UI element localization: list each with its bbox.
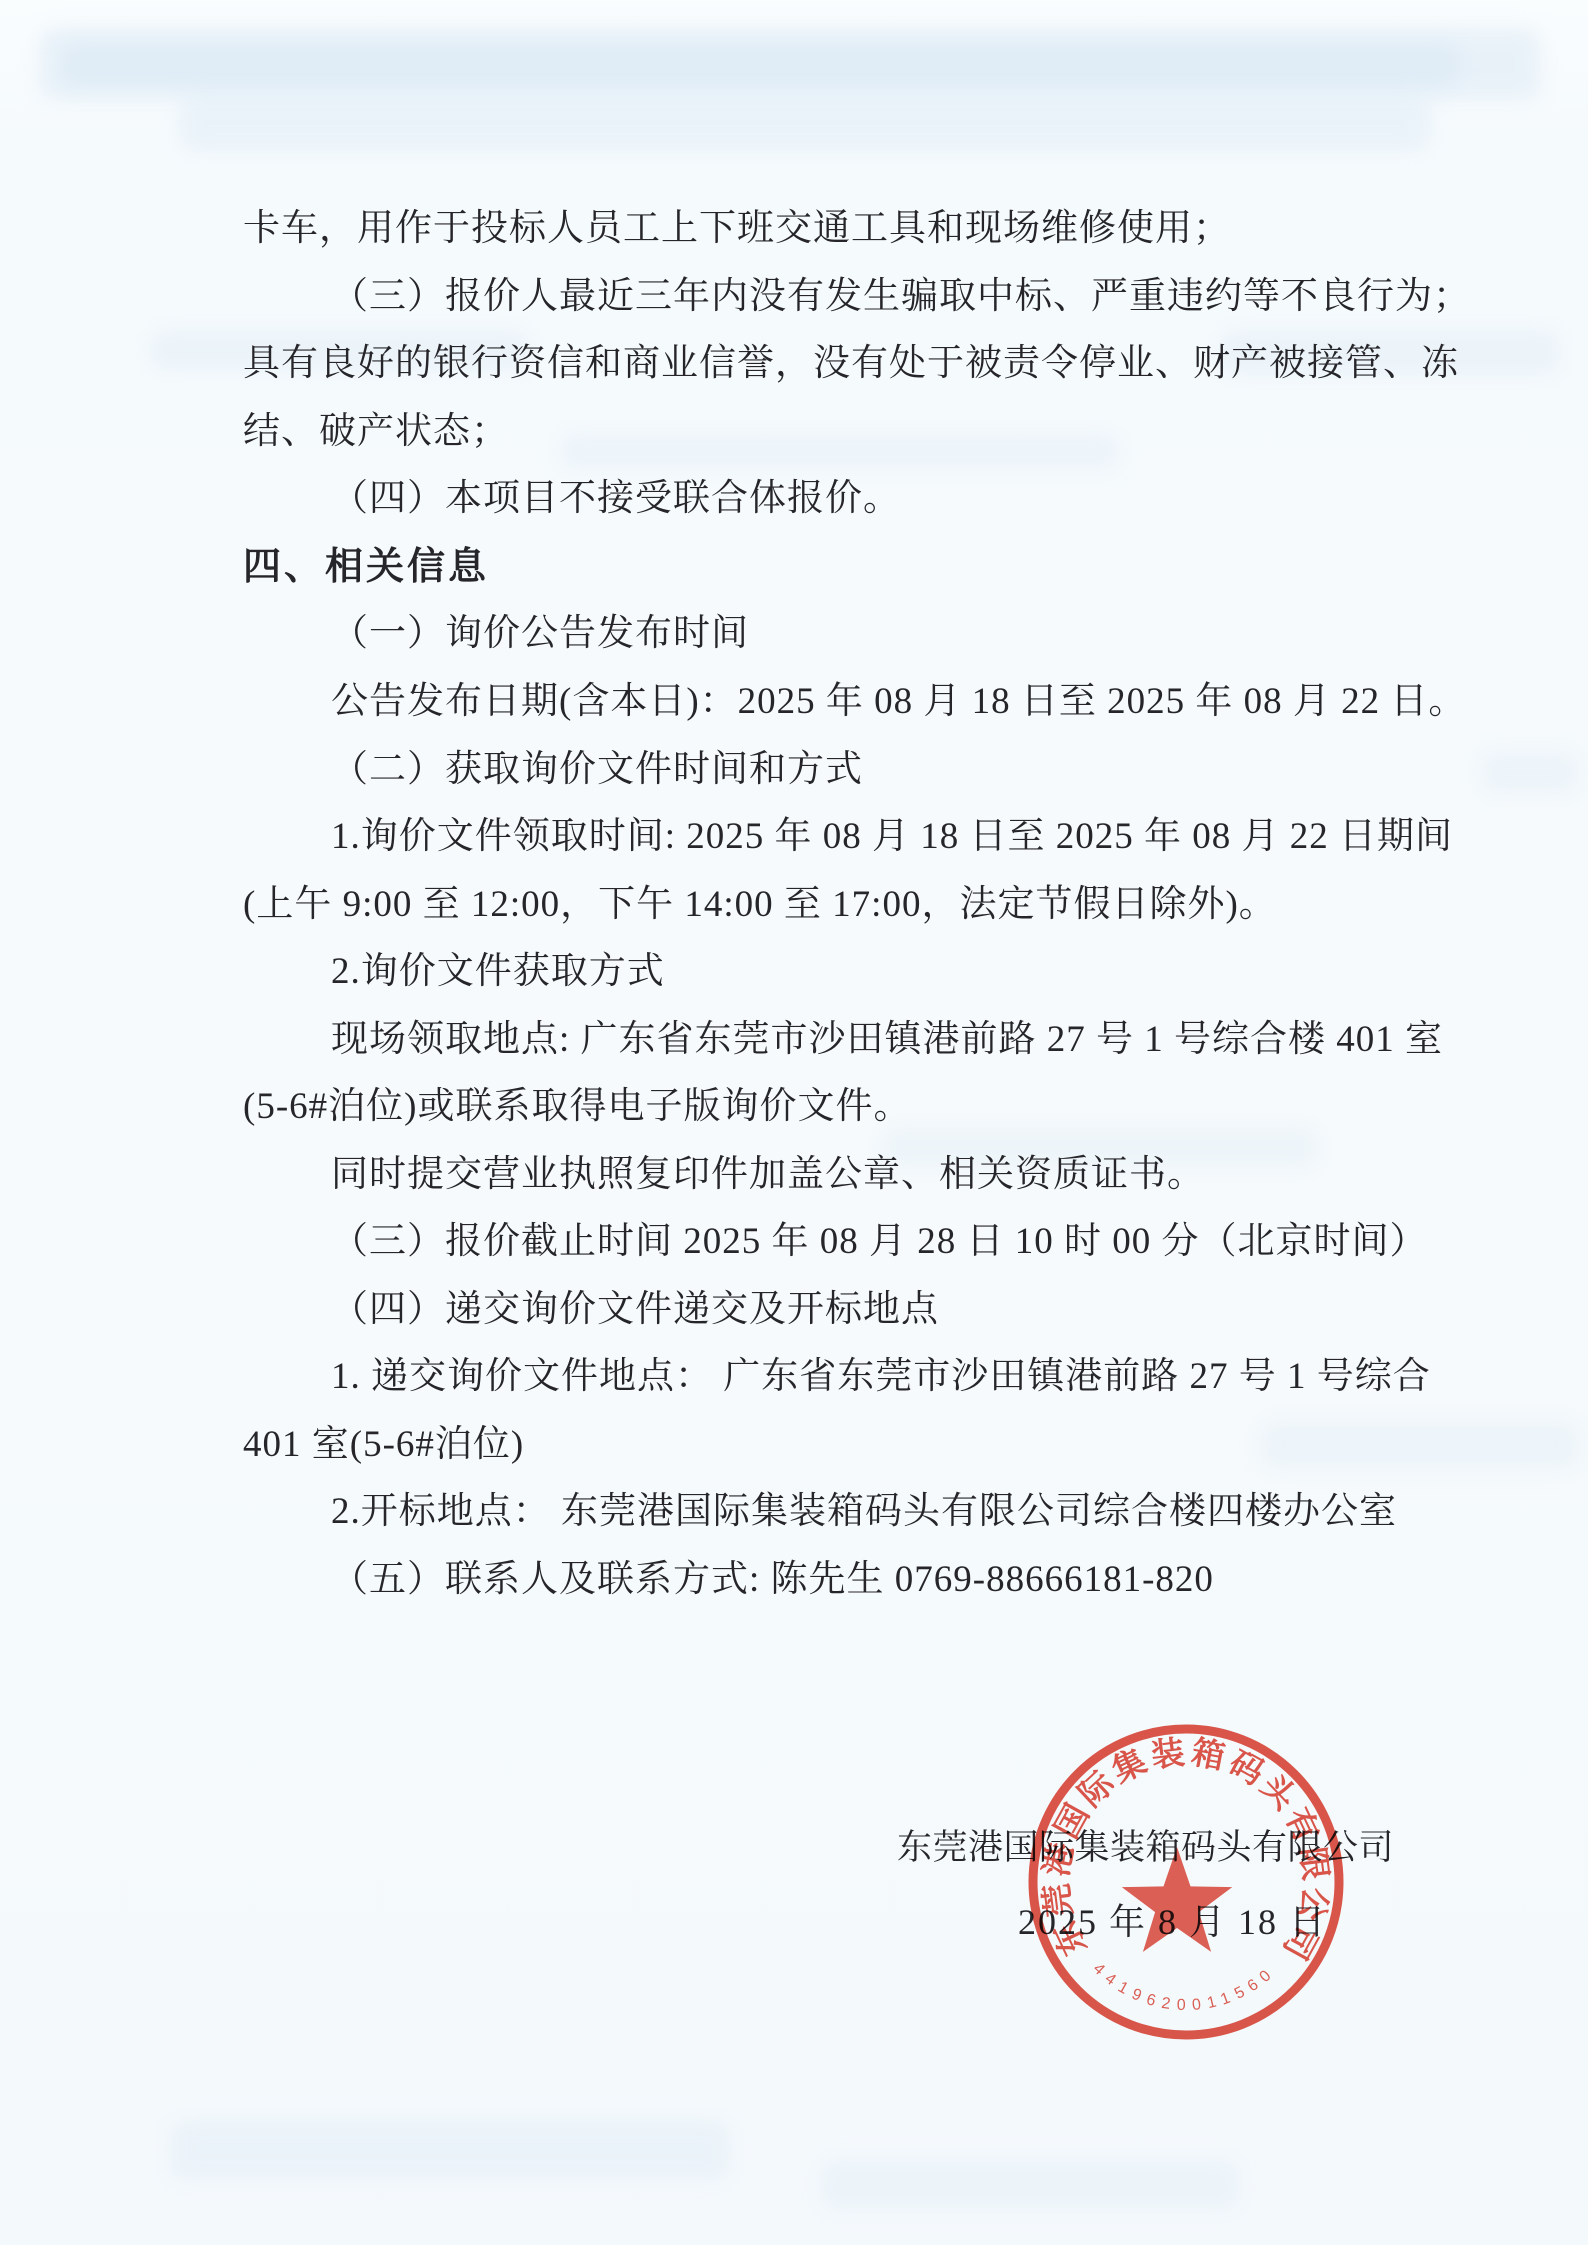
- text-line: 现场领取地点: 广东省东莞市沙田镇港前路 27 号 1 号综合楼 401 室: [243, 1020, 1443, 1061]
- text-line: （四）本项目不接受联合体报价。: [243, 479, 901, 520]
- bleed-through-mark: [1480, 750, 1580, 795]
- text-line: 401 室(5-6#泊位): [243, 1425, 524, 1466]
- text-line: （三）报价人最近三年内没有发生骗取中标、严重违约等不良行为；: [243, 277, 1471, 318]
- svg-text:4419620011560: 4419620011560: [1090, 1960, 1280, 2014]
- text-line: 公告发布日期(含本日)：2025 年 08 月 18 日至 2025 年 08 …: [243, 682, 1466, 723]
- text-line: 同时提交营业执照复印件加盖公章、相关资质证书。: [243, 1155, 1205, 1196]
- text-line: (上午 9:00 至 12:00，下午 14:00 至 17:00，法定节假日除…: [243, 885, 1277, 926]
- document-page: 卡车，用作于投标人员工上下班交通工具和现场维修使用；（三）报价人最近三年内没有发…: [0, 0, 1588, 2245]
- seal-code: 4419620011560: [1090, 1960, 1280, 2014]
- bleed-through-mark: [560, 432, 1120, 470]
- company-seal-stamp: 东莞港国际集装箱码头有限公司 4419620011560: [1006, 1702, 1366, 2062]
- bleed-through-mark: [180, 95, 1430, 150]
- text-line: 2.询价文件获取方式: [243, 952, 665, 993]
- text-line: 1. 递交询价文件地点： 广东省东莞市沙田镇港前路 27 号 1 号综合: [243, 1357, 1431, 1398]
- bleed-through-mark: [60, 42, 1460, 88]
- text-line: 卡车，用作于投标人员工上下班交通工具和现场维修使用；: [243, 209, 1231, 250]
- text-line: （三）报价截止时间 2025 年 08 月 28 日 10 时 00 分（北京时…: [243, 1222, 1428, 1263]
- bleed-through-mark: [170, 2120, 730, 2180]
- seal-star-icon: [1122, 1847, 1232, 1952]
- text-line: （一）询价公告发布时间: [243, 614, 749, 655]
- text-line: （四）递交询价文件递交及开标地点: [243, 1290, 939, 1331]
- text-line: 1.询价文件领取时间: 2025 年 08 月 18 日至 2025 年 08 …: [243, 817, 1453, 858]
- bleed-through-mark: [1260, 1420, 1580, 1470]
- text-line: 2.开标地点： 东莞港国际集装箱码头有限公司综合楼四楼办公室: [243, 1492, 1397, 1533]
- bleed-through-mark: [820, 2160, 1240, 2210]
- text-line: （五）联系人及联系方式: 陈先生 0769-88666181-820: [243, 1560, 1214, 1601]
- text-line: (5-6#泊位)或联系取得电子版询价文件。: [243, 1087, 911, 1128]
- text-line: （二）获取询价文件时间和方式: [243, 750, 863, 791]
- section-heading: 四、相关信息: [243, 547, 489, 589]
- text-line: 具有良好的银行资信和商业信誉，没有处于被责令停业、财产被接管、冻: [243, 344, 1459, 385]
- text-line: 结、破产状态；: [243, 412, 509, 453]
